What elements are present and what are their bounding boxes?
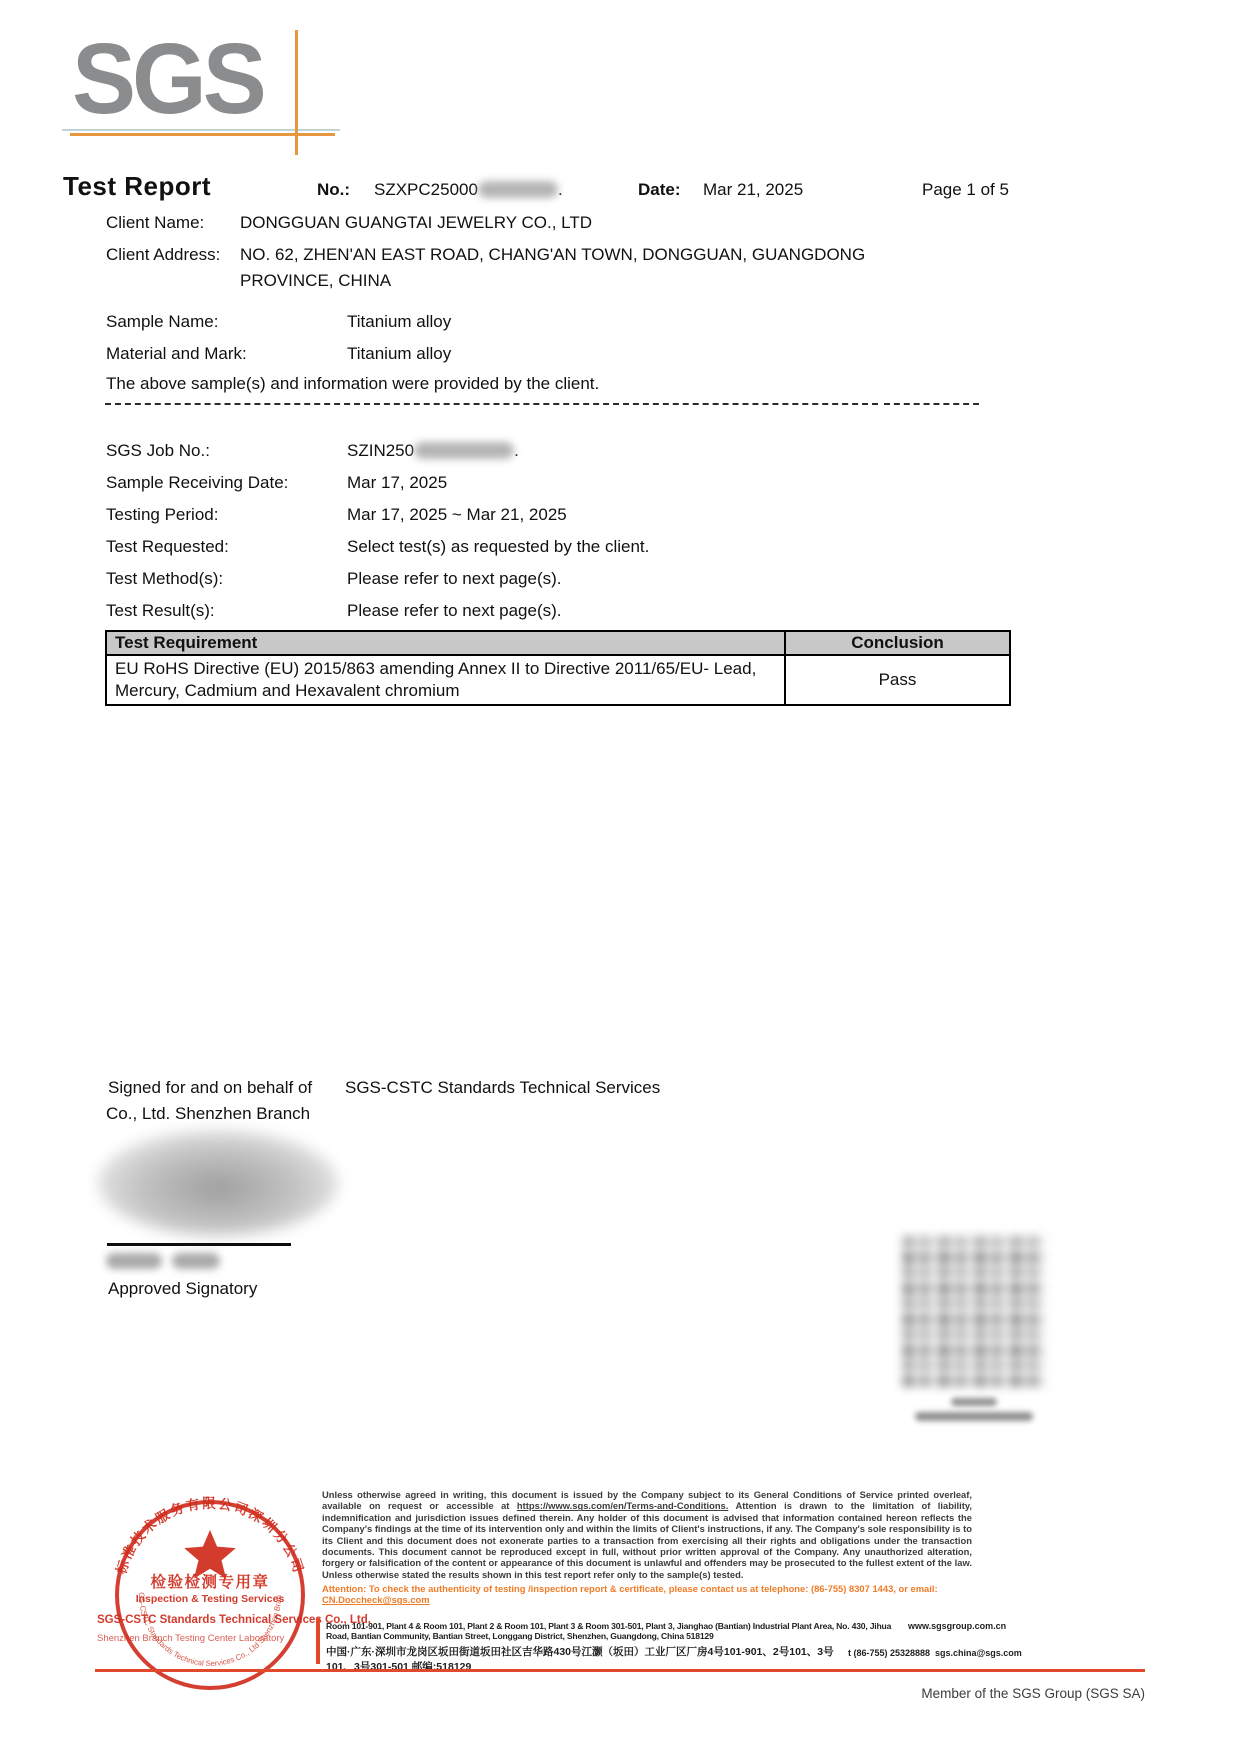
- report-no-value: SZXPC25000.: [374, 180, 563, 200]
- qr-caption-blurred: [951, 1398, 997, 1406]
- client-name-value: DONGGUAN GUANGTAI JEWELRY CO., LTD: [240, 213, 592, 233]
- date-label: Date:: [638, 180, 681, 200]
- footer-red-bar: [316, 1618, 320, 1664]
- job-no-visible: SZIN250: [347, 441, 414, 460]
- page-number: Page 1 of 5: [922, 180, 1009, 200]
- report-no-label: No.:: [317, 180, 350, 200]
- footer-website-link[interactable]: www.sgsgroup.com.cn: [908, 1621, 1006, 1631]
- footer-email-link[interactable]: sgs.china@sgs.com: [935, 1648, 1022, 1658]
- testing-period-value: Mar 17, 2025 ~ Mar 21, 2025: [347, 505, 567, 525]
- dashed-divider-segment: [884, 403, 979, 405]
- client-address-label: Client Address:: [106, 245, 220, 265]
- job-no-redacted: [414, 442, 514, 459]
- terms-link[interactable]: https://www.sgs.com/en/Terms-and-Conditi…: [517, 1500, 728, 1511]
- table-header-requirement: Test Requirement: [107, 632, 784, 656]
- testing-period-label: Testing Period:: [106, 505, 218, 525]
- signing-company-line1: SGS-CSTC Standards Technical Services: [345, 1078, 660, 1098]
- test-requested-label: Test Requested:: [106, 537, 229, 557]
- material-label: Material and Mark:: [106, 344, 247, 364]
- sample-name-value: Titanium alloy: [347, 312, 451, 332]
- signature-line: [107, 1243, 291, 1246]
- page-title: Test Report: [63, 171, 211, 202]
- signatory-name-blurred: [172, 1253, 220, 1269]
- test-method-value: Please refer to next page(s).: [347, 569, 562, 589]
- stamp-star-icon: [184, 1530, 236, 1579]
- attention-text: Attention: To check the authenticity of …: [322, 1583, 938, 1594]
- doccheck-email-link[interactable]: CN.Doccheck@sgs.com: [322, 1594, 430, 1605]
- report-no-visible: SZXPC25000: [374, 180, 478, 199]
- job-no-suffix: .: [514, 441, 519, 460]
- footer-divider-line: [95, 1669, 1145, 1672]
- sample-name-label: Sample Name:: [106, 312, 218, 332]
- sgs-logo: SGS: [72, 30, 263, 130]
- sample-note: The above sample(s) and information were…: [106, 374, 599, 394]
- signing-company-line2: Co., Ltd. Shenzhen Branch: [106, 1104, 310, 1124]
- material-value: Titanium alloy: [347, 344, 451, 364]
- stamp-english-label: Inspection & Testing Services: [136, 1593, 285, 1605]
- signature-blurred: [98, 1130, 338, 1236]
- report-no-redacted: [478, 181, 558, 198]
- date-value: Mar 21, 2025: [703, 180, 803, 200]
- table-header-conclusion: Conclusion: [784, 632, 1009, 656]
- test-method-label: Test Method(s):: [106, 569, 223, 589]
- stamp-branch-english: Shenzhen Branch Testing Center Laborator…: [97, 1633, 284, 1644]
- qr-caption-blurred: [915, 1412, 1033, 1421]
- legal-disclaimer: Unless otherwise agreed in writing, this…: [322, 1489, 972, 1580]
- receiving-date-label: Sample Receiving Date:: [106, 473, 288, 493]
- inspection-stamp: 标准技术服务有限公司深圳分公司 检验检测专用章 Inspection & Tes…: [95, 1488, 327, 1710]
- job-no-value: SZIN250.: [347, 441, 519, 461]
- logo-orange-vertical-line: [295, 30, 298, 155]
- dashed-divider: [105, 403, 878, 405]
- report-no-suffix: .: [558, 180, 563, 199]
- client-address-line1: NO. 62, ZHEN'AN EAST ROAD, CHANG'AN TOWN…: [240, 245, 865, 265]
- test-result-value: Please refer to next page(s).: [347, 601, 562, 621]
- approved-signatory-label: Approved Signatory: [108, 1279, 257, 1299]
- footer-telephone: t (86-755) 25328888: [848, 1648, 930, 1658]
- signatory-name-blurred: [106, 1253, 162, 1269]
- legal-text: Attention is drawn to the limitation of …: [322, 1500, 972, 1579]
- stamp-chinese-label: 检验检测专用章: [150, 1572, 269, 1591]
- sgs-group-member-label: Member of the SGS Group (SGS SA): [780, 1686, 1145, 1701]
- job-no-label: SGS Job No.:: [106, 441, 210, 461]
- client-address-line2: PROVINCE, CHINA: [240, 271, 391, 291]
- receiving-date-value: Mar 17, 2025: [347, 473, 447, 493]
- client-name-label: Client Name:: [106, 213, 204, 233]
- attention-notice: Attention: To check the authenticity of …: [322, 1583, 972, 1606]
- signed-for-label: Signed for and on behalf of: [108, 1078, 312, 1098]
- table-cell-conclusion: Pass: [784, 656, 1009, 704]
- test-requirement-table: Test Requirement Conclusion EU RoHS Dire…: [105, 630, 1011, 706]
- table-cell-requirement: EU RoHS Directive (EU) 2015/863 amending…: [107, 656, 784, 704]
- logo-pale-underline: [62, 129, 340, 131]
- test-result-label: Test Result(s):: [106, 601, 215, 621]
- footer-address-english: Room 101-901, Plant 4 & Room 101, Plant …: [326, 1621, 901, 1641]
- test-report-page: SGS Test Report No.: SZXPC25000. Date: M…: [0, 0, 1241, 1755]
- qr-code-blurred: [903, 1236, 1045, 1386]
- test-requested-value: Select test(s) as requested by the clien…: [347, 537, 649, 557]
